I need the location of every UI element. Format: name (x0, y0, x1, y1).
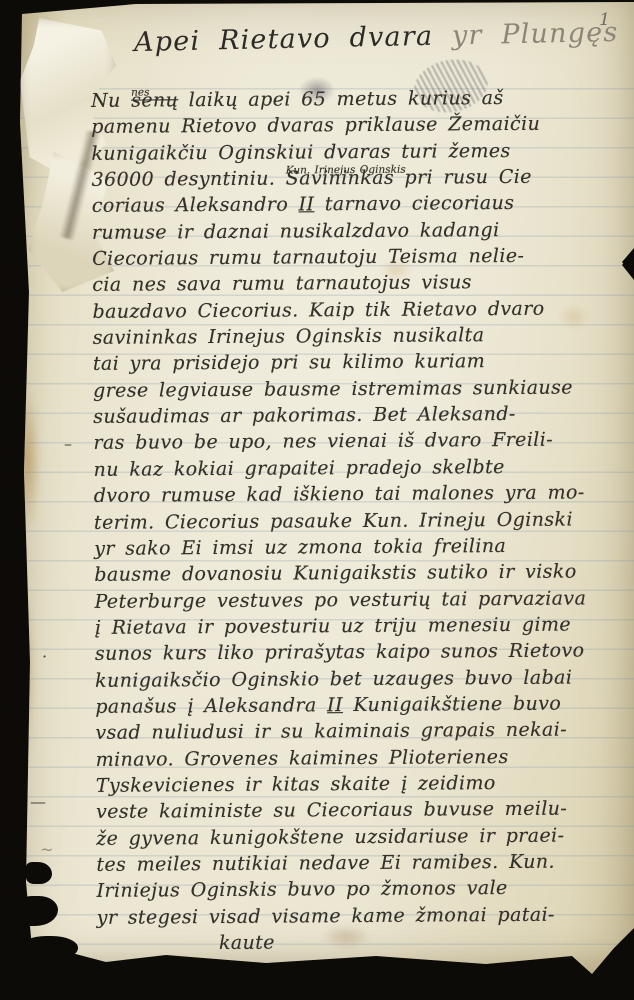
manuscript-line: terim. Ciecorius pasauke Kun. Irineju Og… (94, 506, 626, 536)
handwriting-segment: coriaus Aleksandro (92, 194, 299, 217)
handwriting-segment: yr Plungęs (433, 17, 619, 52)
handwriting-segment: yr sako Ei imsi uz zmona tokia freilina (94, 535, 506, 560)
manuscript-line: sušaudimas ar pakorimas. Bet Aleksand- (93, 400, 625, 430)
manuscript-line: sunos kurs liko prirašytas kaipo sunos R… (95, 637, 627, 667)
manuscript-lines: Nu nessenų laikų apei 65 metus kurius aš… (91, 84, 629, 957)
stain-left-edge (10, 370, 44, 550)
handwriting-segment: į Rietava ir povesturiu uz triju menesiu… (95, 613, 571, 638)
handwriting-segment: ras buvo be upo, nes vienai iš dvaro Fre… (93, 429, 553, 454)
handwriting-segment: Kunigaikštiene buvo (343, 693, 561, 717)
manuscript-line: yr stegesi visad visame kame žmonai pata… (97, 901, 629, 931)
manuscript-line: bausme dovanosiu Kunigaikstis sutiko ir … (94, 558, 626, 588)
handwriting-segment: cia nes sava rumu tarnautojus visus (92, 272, 472, 297)
paper-tear-left-3 (20, 936, 78, 962)
manuscript-line: tai yra prisidejo pri su kilimo kuriam (93, 348, 625, 378)
handwriting-segment: kaute (219, 932, 275, 954)
manuscript-line: dvoro rumuse kad iškieno tai malones yra… (94, 479, 626, 509)
manuscript-line: savininkas Irinejus Oginskis nusikalta (93, 321, 625, 351)
handwriting-segment: Ciecoriaus rumu tarnautoju Teisma nelie- (92, 245, 524, 270)
handwriting-segment: nu kaz kokiai grapaitei pradejo skelbte (94, 456, 505, 481)
handwriting-segment: laikų apei (178, 88, 301, 111)
margin-mark: · (42, 647, 47, 666)
handwriting-segment: Tyskevicienes ir kitas skaite į zeidimo (96, 772, 496, 797)
handwriting-segment: vsad nuliudusi ir su kaiminais grapais n… (95, 719, 567, 744)
handwriting-segment: rumuse ir daznai nusikalzdavo kadangi (92, 219, 500, 244)
handwriting-segment: 65 (301, 88, 326, 110)
handwriting-segment: že gyvena kunigokštene uzsidariuse ir pr… (96, 824, 564, 849)
manuscript-line: 36000 desyntiniu. Kun. Irinejus Oginskis… (92, 163, 624, 193)
handwriting-segment: Apei Rietavo dvara (134, 21, 434, 58)
manuscript-line: nu kaz kokiai grapaitei pradejo skelbte (94, 453, 626, 483)
handwriting-segment: veste kaiministe su Ciecoriaus buvuse me… (96, 798, 567, 823)
handwriting-segment: 36000 desyntiniu. (92, 168, 286, 191)
handwriting-segment: sunos kurs liko prirašytas kaipo sunos R… (95, 640, 585, 665)
manuscript-line: coriaus Aleksandro II tarnavo ciecoriaus (92, 190, 624, 220)
handwriting-segment: II (327, 694, 343, 716)
handwriting-segment: savininkas Irinejus Oginskis nusikalta (93, 324, 485, 349)
manuscript-line: kunigaikčiu Oginskiui dvaras turi žemes (91, 137, 623, 167)
manuscript-line: bauzdavo Ciecorius. Kaip tik Rietavo dva… (92, 295, 624, 325)
page-title: Apei Rietavo dvara yr Plungęs (134, 17, 619, 58)
manuscript-line: veste kaiministe su Ciecoriaus buvuse me… (96, 795, 628, 825)
manuscript-line: cia nes sava rumu tarnautojus visus (92, 269, 624, 299)
handwriting-segment: kunigaiksčio Oginskio bet uzauges buvo l… (95, 666, 572, 691)
photographed-manuscript-page: 1 Apei Rietavo dvara yr Plungęs Nu nesse… (0, 0, 634, 1000)
handwriting-segment: tes meiles nutikiai nedave Ei ramibes. K… (96, 851, 555, 876)
handwriting-segment: bauzdavo Ciecorius. Kaip tik Rietavo dva… (92, 297, 544, 322)
stain-left-lower (12, 562, 38, 782)
manuscript-line: kunigaiksčio Oginskio bet uzauges buvo l… (95, 664, 627, 694)
manuscript-line: kaute (97, 927, 629, 957)
handwriting-segment: minavo. Grovenes kaimines Plioterienes (96, 746, 509, 771)
manuscript-line: Peterburge vestuves po vesturių tai parv… (94, 585, 626, 615)
handwriting-segment: panašus į Aleksandra (95, 694, 327, 718)
margin-mark: – (64, 434, 72, 453)
manuscript-line: tes meiles nutikiai nedave Ei ramibes. K… (96, 848, 628, 878)
manuscript-line: že gyvena kunigokštene uzsidariuse ir pr… (96, 822, 628, 852)
handwriting-segment: tai yra prisidejo pri su kilimo kuriam (93, 351, 485, 376)
manuscript-line: rumuse ir daznai nusikalzdavo kadangi (92, 216, 624, 246)
handwriting-segment: pamenu Rietovo dvaras priklause Žemaičiu (91, 113, 540, 138)
manuscript-line: Iriniejus Oginskis buvo po žmonos vale (96, 874, 628, 904)
handwriting-segment: terim. Ciecorius pasauke Kun. Irineju Og… (94, 508, 573, 533)
manuscript-line: yr sako Ei imsi uz zmona tokia freilina (94, 532, 626, 562)
handwriting-segment: Peterburge vestuves po vesturių tai parv… (94, 587, 586, 612)
manuscript-line: pamenu Rietovo dvaras priklause Žemaičiu (91, 110, 623, 140)
manuscript-line: Nu nessenų laikų apei 65 metus kurius aš (91, 84, 623, 114)
manuscript-line: į Rietava ir povesturiu uz triju menesiu… (95, 611, 627, 641)
manuscript-line: ras buvo be upo, nes vienai iš dvaro Fre… (93, 427, 625, 457)
manuscript-line: vsad nuliudusi ir su kaiminais grapais n… (95, 716, 627, 746)
manuscript-line: grese legviause bausme istremimas sunkia… (93, 374, 625, 404)
handwriting-segment: metus kurius aš (326, 87, 504, 110)
handwriting-segment: Iriniejus Oginskis buvo po žmonos vale (97, 877, 508, 902)
manuscript-line: minavo. Grovenes kaimines Plioterienes (96, 743, 628, 773)
paper-tear-left-1 (26, 862, 52, 884)
handwriting-segment: Nu (91, 90, 131, 112)
handwriting-segment: kunigaikčiu Oginskiui dvaras turi žemes (91, 140, 510, 165)
handwriting-segment: bausme dovanosiu Kunigaikstis sutiko ir … (94, 561, 576, 586)
handwriting-segment: yr stegesi visad visame kame žmonai pata… (97, 903, 555, 928)
manuscript-line: panašus į Aleksandra II Kunigaikštiene b… (95, 690, 627, 720)
handwriting-segment: dvoro rumuse kad iškieno tai malones yra… (94, 482, 585, 507)
handwriting-segment: sušaudimas ar pakorimas. Bet Aleksand- (93, 403, 516, 428)
manuscript-line: Tyskevicienes ir kitas skaite į zeidimo (96, 769, 628, 799)
handwriting-segment: tarnavo ciecoriaus (314, 192, 514, 215)
handwriting-segment: II (299, 194, 315, 216)
manuscript-paper: 1 Apei Rietavo dvara yr Plungęs Nu nesse… (16, 2, 634, 976)
handwriting-segment: grese legviause bausme istremimas sunkia… (93, 376, 573, 401)
margin-mark: — (30, 792, 46, 811)
margin-mark: ~ (40, 840, 53, 859)
manuscript-line: Ciecoriaus rumu tarnautoju Teisma nelie- (92, 242, 624, 272)
